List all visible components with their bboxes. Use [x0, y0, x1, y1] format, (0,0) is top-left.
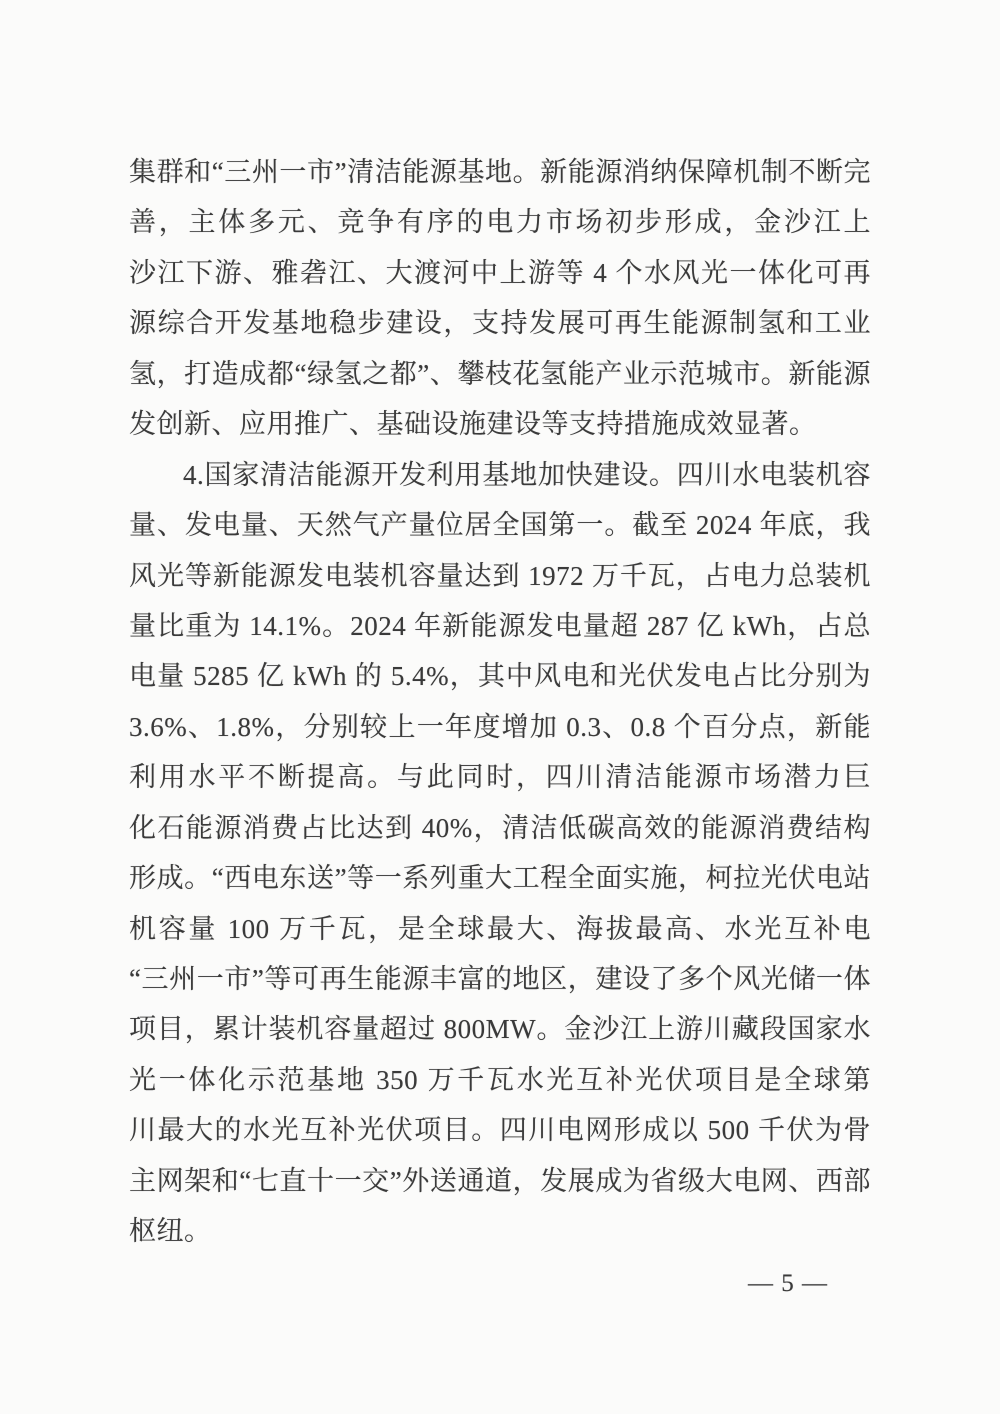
text-line: 机容量 100 万千瓦，是全球最大、海拔最高、水光互补电站。在	[129, 904, 871, 954]
text-line: “三州一市”等可再生能源丰富的地区，建设了多个风光储一体化	[129, 954, 871, 1004]
text-line: 源综合开发基地稳步建设，支持发展可再生能源制氢和工业副产	[129, 298, 871, 348]
text-line: 项目，累计装机容量超过 800MW。金沙江上游川藏段国家水风	[129, 1004, 871, 1054]
text-line: 沙江下游、雅砻江、大渡河中上游等 4 个水风光一体化可再生能	[129, 248, 871, 298]
text-line: 利用水平不断提高。与此同时，四川清洁能源市场潜力巨大，非	[129, 752, 871, 802]
text-line: 形成。“西电东送”等一系列重大工程全面实施，柯拉光伏电站装	[129, 853, 871, 903]
text-line-section-heading: 4.国家清洁能源开发利用基地加快建设。四川水电装机容	[129, 450, 871, 500]
text-line: 量、发电量、天然气产量位居全国第一。截至 2024 年底，我省	[129, 500, 871, 550]
text-line: 善，主体多元、竞争有序的电力市场初步形成，金沙江上游、金	[129, 197, 871, 247]
text-line: 川最大的水光互补光伏项目。四川电网形成以 500 千伏为骨干的	[129, 1105, 871, 1155]
text-line: 氢，打造成都“绿氢之都”、攀枝花氢能产业示范城市。新能源研	[129, 349, 871, 399]
text-line: 量比重为 14.1%。2024 年新能源发电量超 287 亿 kWh，占总发	[129, 601, 871, 651]
page-number: — 5 —	[748, 1266, 848, 1302]
document-body: 集群和“三州一市”清洁能源基地。新能源消纳保障机制不断完 善，主体多元、竞争有序…	[129, 147, 871, 1257]
text-line: 风光等新能源发电装机容量达到 1972 万千瓦，占电力总装机容	[129, 551, 871, 601]
text-line: 3.6%、1.8%，分别较上一年度增加 0.3、0.8 个百分点，新能源	[129, 702, 871, 752]
text-line: 主网架和“七直十一交”外送通道，发展成为省级大电网、西部大	[129, 1156, 871, 1206]
document-page: 集群和“三州一市”清洁能源基地。新能源消纳保障机制不断完 善，主体多元、竞争有序…	[0, 0, 1000, 1414]
text-line: 电量 5285 亿 kWh 的 5.4%，其中风电和光伏发电占比分别为	[129, 651, 871, 701]
text-line: 化石能源消费占比达到 40%，清洁低碳高效的能源消费结构已然	[129, 803, 871, 853]
text-line: 光一体化示范基地 350 万千瓦水光互补光伏项目是全球第二、四	[129, 1055, 871, 1105]
text-line-paragraph-end: 发创新、应用推广、基础设施建设等支持措施成效显著。	[129, 399, 871, 449]
text-line: 集群和“三州一市”清洁能源基地。新能源消纳保障机制不断完	[129, 147, 871, 197]
text-line-paragraph-end: 枢纽。	[129, 1206, 871, 1256]
